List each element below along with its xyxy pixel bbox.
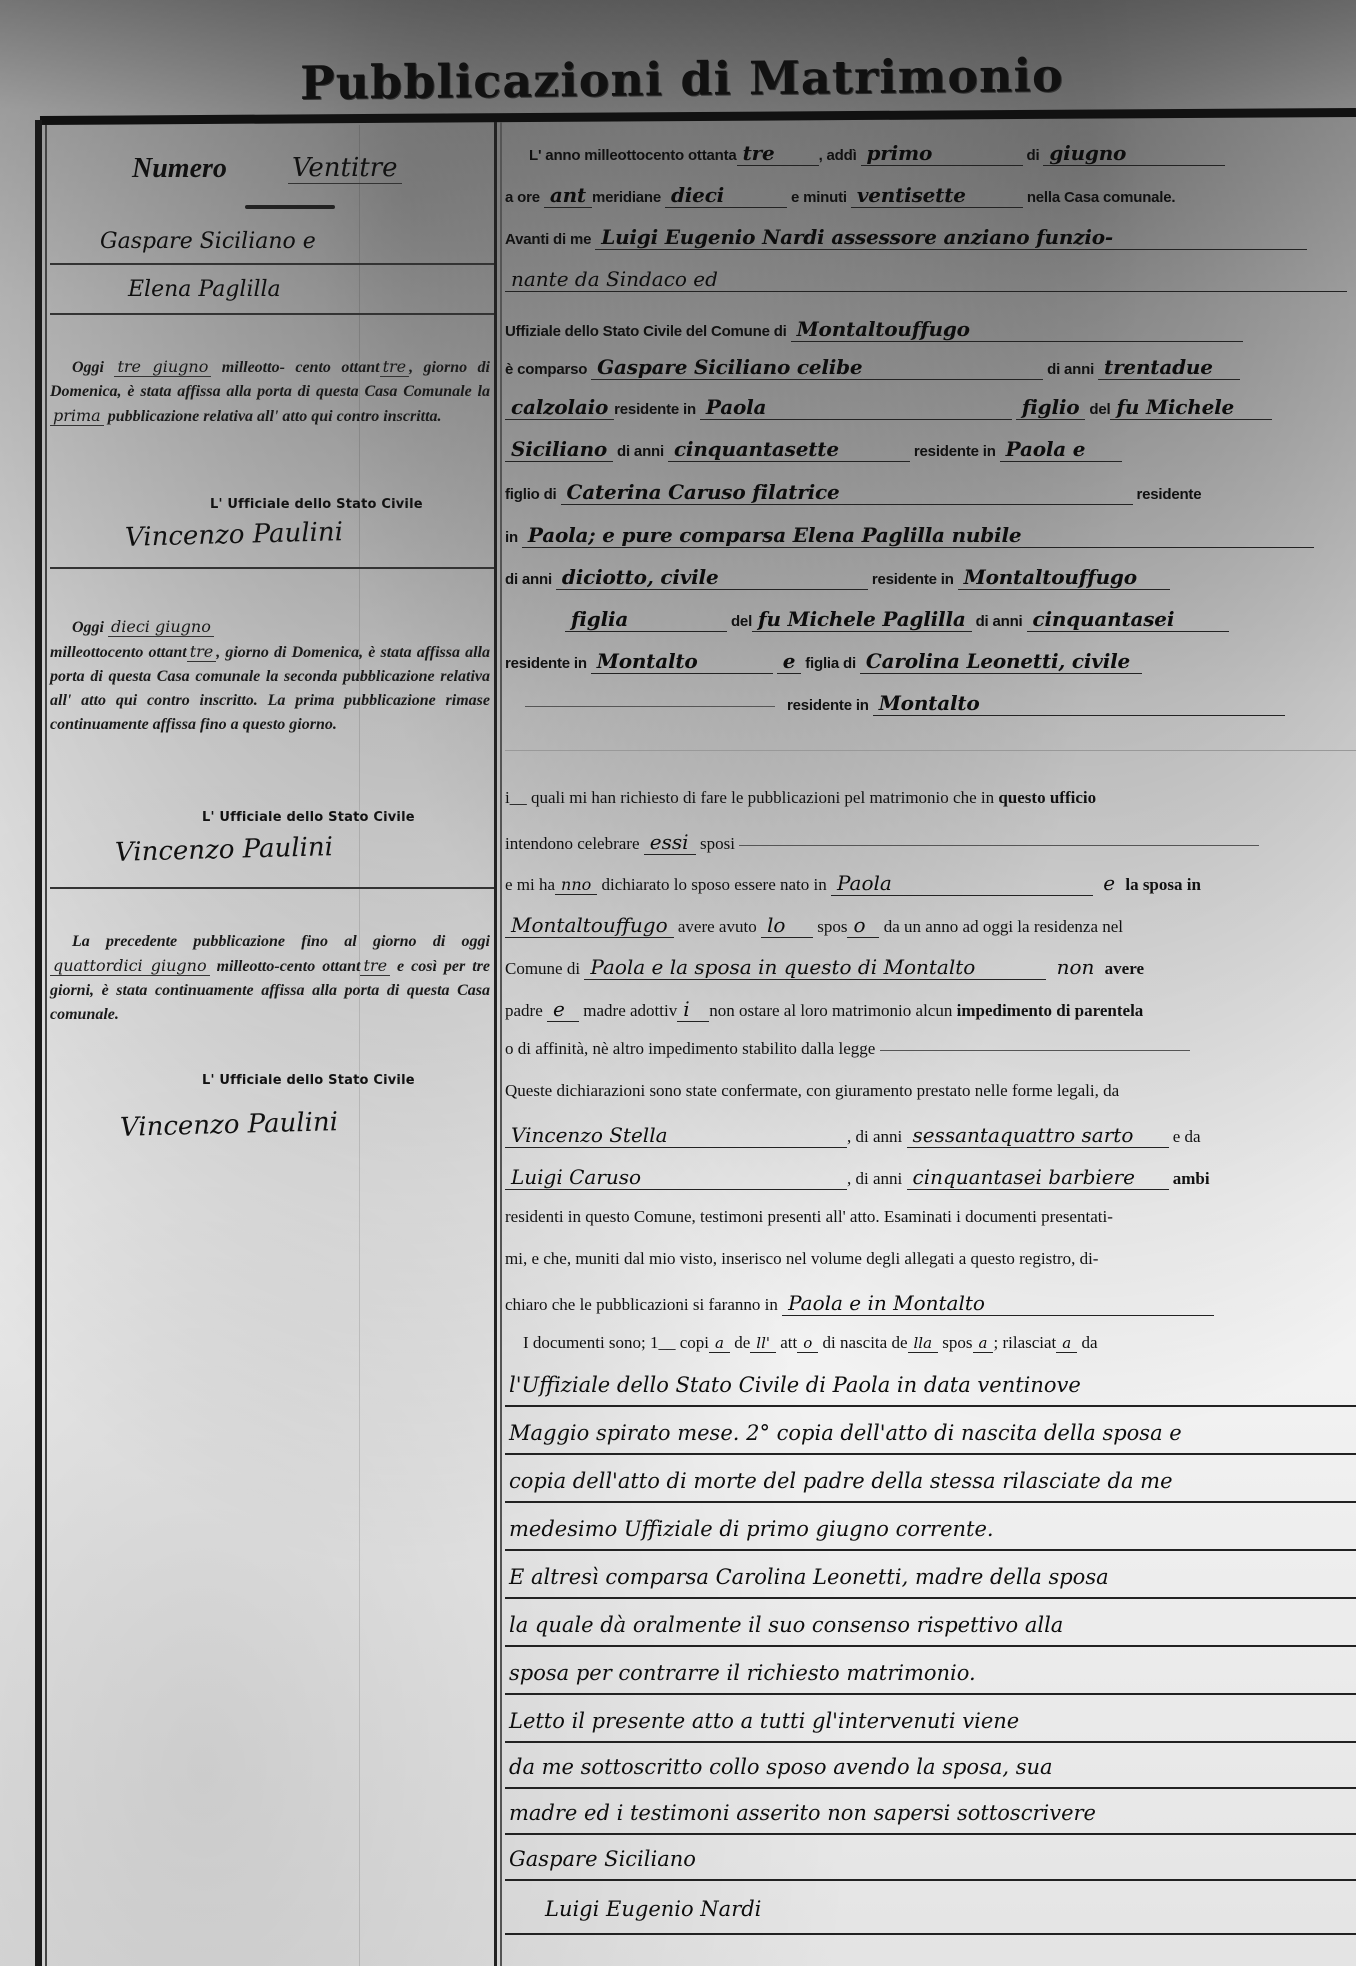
officer-label: L' Ufficiale dello Stato Civile: [210, 497, 423, 512]
line-residents: residenti in questo Comune, testimoni pr…: [505, 1207, 1113, 1227]
section-rule: [505, 750, 1356, 751]
names-rule: [50, 313, 494, 315]
line-bride-mother: residente in Montalto e figlia di Caroli…: [505, 649, 1142, 674]
left-border: [35, 120, 42, 1966]
officer-signature: Vincenzo Paulini: [125, 517, 344, 553]
line-officer-cont: nante da Sindaco ed: [505, 267, 1347, 292]
groom-name: Gaspare Siciliano e: [100, 229, 316, 254]
top-rule: [40, 108, 1356, 125]
line-request: i__ quali mi han richiesto di fare le pu…: [505, 788, 1096, 808]
numero-label: Numero: [132, 153, 227, 185]
line-comune-res: Comune di Paola e la sposa in questo di …: [505, 955, 1144, 980]
column-divider: [494, 122, 497, 1966]
line-birthplace: e mi hanno dichiarato lo sposo essere na…: [505, 871, 1201, 896]
line-witness-1: Vincenzo Stella, di anni sessantaquattro…: [505, 1123, 1201, 1148]
line-officer: Avanti di me Luigi Eugenio Nardi assesso…: [505, 225, 1307, 250]
line-adoptive: padre e madre adottivinon ostare al loro…: [505, 997, 1143, 1022]
line-bride-mother-res: residente in Montalto: [505, 691, 1285, 716]
section-rule: [50, 567, 494, 569]
first-pub-date: tre giugno: [114, 357, 211, 377]
officer-signature: Vincenzo Paulini: [120, 1107, 339, 1143]
line-bride: in Paola; e pure comparsa Elena Paglilla…: [505, 523, 1314, 548]
line-bride-father: figlia delfu Michele Paglilla di anni ci…: [505, 607, 1229, 632]
line-declarations: Queste dichiarazioni sono state conferma…: [505, 1081, 1119, 1101]
line-groom: è comparso Gaspare Siciliano celibe di a…: [505, 355, 1240, 380]
left-border-inner: [45, 125, 47, 1966]
second-publication-text: Oggi dieci giugno milleottocento ottantt…: [50, 615, 490, 737]
line-comune: Uffiziale dello Stato Civile del Comune …: [505, 317, 1243, 342]
line-publication-places: chiaro che le pubblicazioni si faranno i…: [505, 1291, 1214, 1316]
line-residence: Montaltouffugo avere avuto lo sposo da u…: [505, 913, 1123, 938]
names-rule: [50, 263, 494, 265]
line-groom-residence: calzolaioresidente in Paola figlio delfu…: [505, 395, 1272, 420]
first-publication-text: Oggi tre giugno milleotto- cento ottantt…: [50, 355, 490, 429]
line-documents-visto: mi, e che, muniti dal mio visto, inseris…: [505, 1249, 1098, 1269]
page-title: Pubblicazioni di Matrimonio: [300, 48, 1064, 110]
line-affinity: o di affinità, nè altro impedimento stab…: [505, 1039, 1190, 1059]
officer-signature: Vincenzo Paulini: [115, 832, 334, 868]
line-date: L' anno milleottocento ottantatre, addì …: [505, 141, 1225, 166]
numero-value: Ventitre: [288, 153, 402, 184]
column-divider-inner: [500, 122, 502, 1966]
line-groom-father: Siciliano di anni cinquantasette residen…: [505, 437, 1122, 462]
ornament-line: [245, 205, 335, 209]
line-groom-mother: figlio di Caterina Caruso filatrice resi…: [505, 480, 1201, 505]
line-witness-2: Luigi Caruso, di anni cinquantasei barbi…: [505, 1165, 1210, 1190]
section-rule: [50, 887, 494, 889]
bride-name: Elena Paglilla: [128, 277, 281, 302]
line-time: a ore antmeridiane dieci e minuti ventis…: [505, 183, 1175, 208]
groom-signature: Gaspare Siciliano: [509, 1847, 696, 1871]
officer-label: L' Ufficiale dello Stato Civile: [202, 810, 415, 825]
line-celebrate: intendono celebrare essi sposi: [505, 830, 1259, 855]
line-documents: I documenti sono; 1__ copia dell' atto d…: [505, 1333, 1098, 1353]
line-bride-age: di anni diciotto, civile residente in Mo…: [505, 565, 1170, 590]
officer-signature: Luigi Eugenio Nardi: [545, 1897, 761, 1921]
officer-label: L' Ufficiale dello Stato Civile: [202, 1073, 415, 1088]
closing-publication-text: La precedente pubblicazione fino al gior…: [50, 930, 490, 1027]
document-page: Pubblicazioni di Matrimonio Numero Venti…: [0, 0, 1356, 1966]
